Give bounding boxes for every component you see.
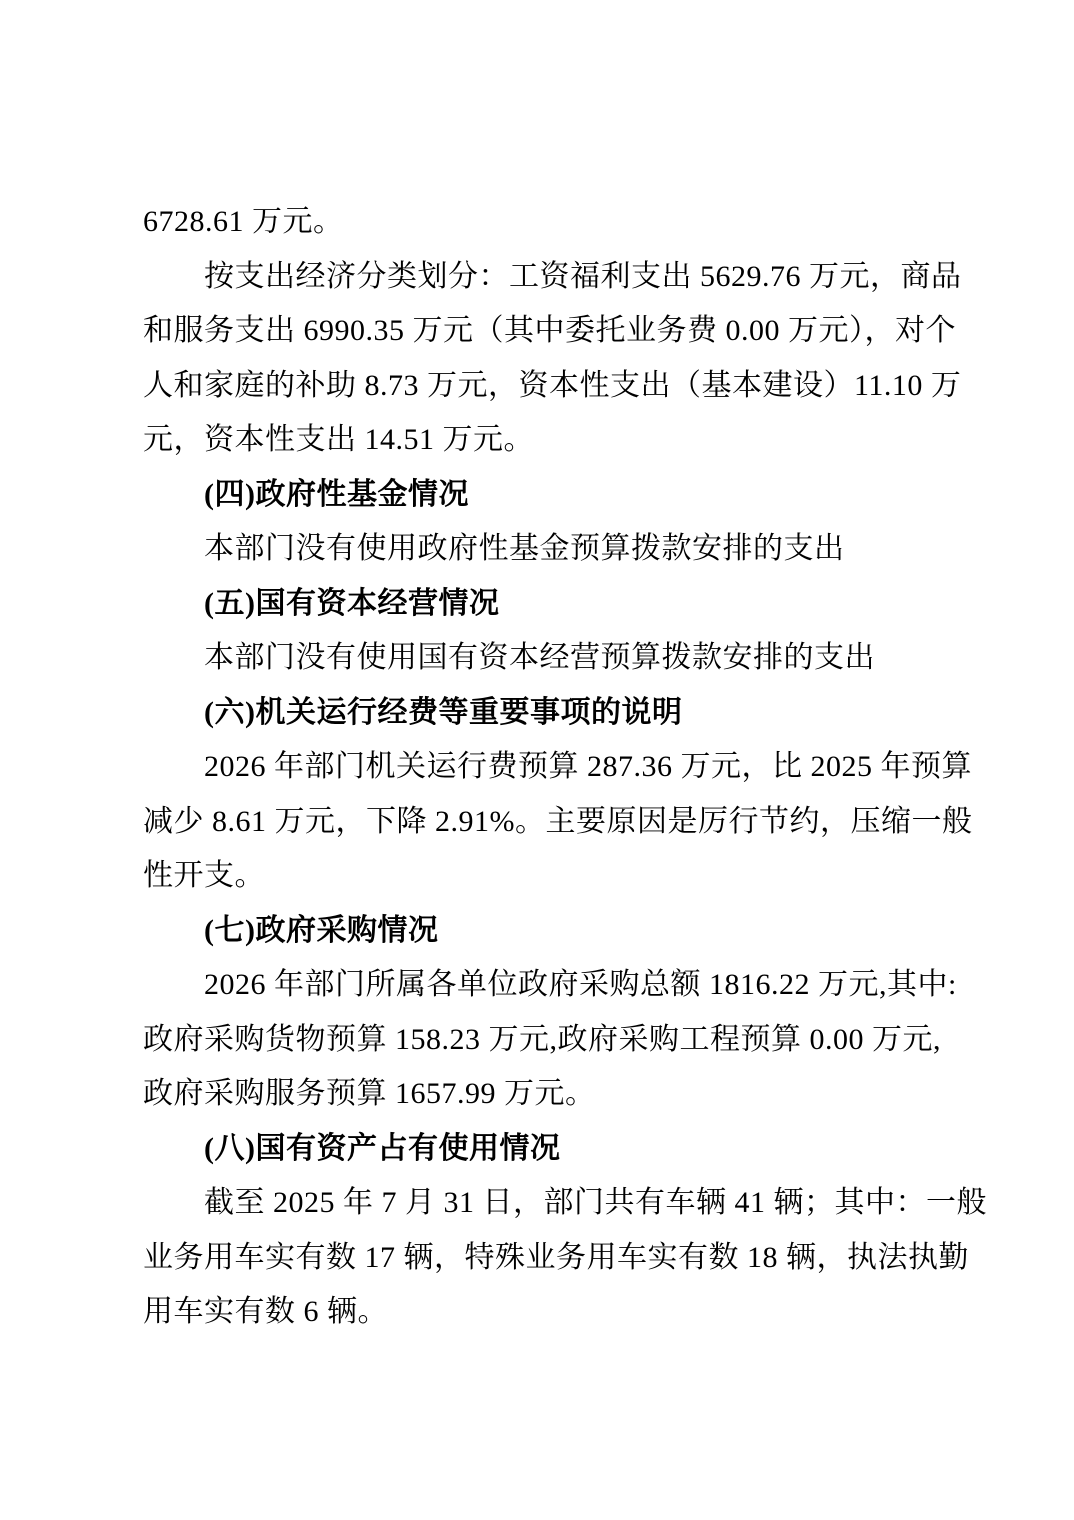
body-line: 截至 2025 年 7 月 31 日，部门共有车辆 41 辆；其中：一般 xyxy=(143,1176,930,1231)
section-heading-8: (八)国有资产占有使用情况 xyxy=(143,1122,930,1177)
body-line: 按支出经济分类划分：工资福利支出 5629.76 万元，商品 xyxy=(143,250,930,305)
document-page: 6728.61 万元。 按支出经济分类划分：工资福利支出 5629.76 万元，… xyxy=(0,0,1074,1520)
body-line: 政府采购货物预算 158.23 万元,政府采购工程预算 0.00 万元, xyxy=(143,1013,930,1068)
body-line: 本部门没有使用政府性基金预算拨款安排的支出 xyxy=(143,522,930,577)
body-line: 和服务支出 6990.35 万元（其中委托业务费 0.00 万元），对个 xyxy=(143,304,930,359)
section-heading-7: (七)政府采购情况 xyxy=(143,904,930,959)
body-line: 业务用车实有数 17 辆，特殊业务用车实有数 18 辆，执法执勤 xyxy=(143,1231,930,1286)
body-line: 人和家庭的补助 8.73 万元，资本性支出（基本建设）11.10 万 xyxy=(143,359,930,414)
body-line: 政府采购服务预算 1657.99 万元。 xyxy=(143,1067,930,1122)
body-line: 本部门没有使用国有资本经营预算拨款安排的支出 xyxy=(143,631,930,686)
body-line: 2026 年部门所属各单位政府采购总额 1816.22 万元,其中: xyxy=(143,958,930,1013)
body-line: 2026 年部门机关运行费预算 287.36 万元，比 2025 年预算 xyxy=(143,740,930,795)
body-line: 元，资本性支出 14.51 万元。 xyxy=(143,413,930,468)
body-line: 6728.61 万元。 xyxy=(143,195,930,250)
body-line: 减少 8.61 万元，下降 2.91%。主要原因是厉行节约，压缩一般 xyxy=(143,795,930,850)
body-line: 性开支。 xyxy=(143,849,930,904)
section-heading-6: (六)机关运行经费等重要事项的说明 xyxy=(143,686,930,741)
document-body: 6728.61 万元。 按支出经济分类划分：工资福利支出 5629.76 万元，… xyxy=(143,195,930,1340)
section-heading-4: (四)政府性基金情况 xyxy=(143,468,930,523)
section-heading-5: (五)国有资本经营情况 xyxy=(143,577,930,632)
body-line: 用车实有数 6 辆。 xyxy=(143,1285,930,1340)
